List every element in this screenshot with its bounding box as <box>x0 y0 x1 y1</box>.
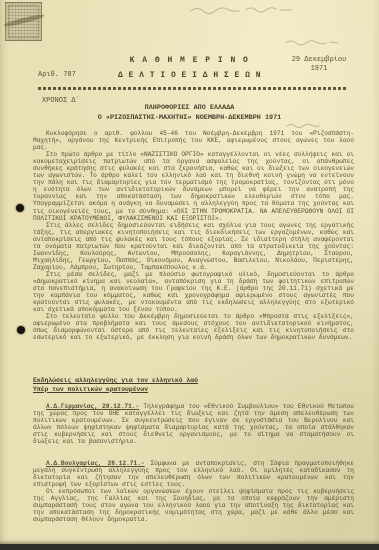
paragraph-1: Κυκλοφόρησε ο αριθ. φύλλου 45-46 του Νοέ… <box>33 130 354 151</box>
dateline-lead: Λ.Δ.Γερμανίας, 28.12.71.- <box>46 403 139 410</box>
paragraph-3: Στις άλλες σελίδες δημοσιεύονται ειδήσει… <box>33 222 354 271</box>
pencil-annotation-top <box>188 3 298 17</box>
stamp-signature-mark <box>3 13 45 28</box>
subheading-line2: Υπέρ των πολιτικών κρατουμένων <box>33 386 198 395</box>
document-title: ΠΛΗΡΟΦΟΡΙΕΣ ΑΠΟ ΕΛΛΑΔΑ Ο «ΡΙΖΟΣΠΑΣΤΗΣ-ΜΑ… <box>0 103 379 123</box>
date-block: 29 Δεκεμβρίου 1971 <box>286 56 352 73</box>
dateline-lead: Λ.Δ.Βουλγαρίας, 28.12.71.- <box>46 460 145 467</box>
scan-edge-bottom <box>0 544 379 550</box>
news-item-bulgaria: Λ.Δ.Βουλγαρίας, 28.12.71.- Σύμφωνα με αν… <box>33 460 354 523</box>
archive-stamp <box>5 2 42 41</box>
news-item-germany: Λ.Δ.Γερμανίας, 28.12.71.- Τηλεγράφημα το… <box>33 403 354 445</box>
closing-paragraph: Οι εκπρόσωποι των λαϊκών οργανώσεων έχου… <box>33 488 354 523</box>
scanned-bulletin-page: Αριθ. 787 ΧΡΟΝΟΣ Δ΄ Κ Α Θ Η Μ Ε Ρ Ι Ν Ο … <box>0 0 379 550</box>
news-paragraph: Λ.Δ.Γερμανίας, 28.12.71.- Τηλεγράφημα το… <box>33 403 354 445</box>
title-line1: ΠΛΗΡΟΦΟΡΙΕΣ ΑΠΟ ΕΛΛΑΔΑ <box>0 103 379 113</box>
punch-hole-bottom <box>17 326 25 334</box>
news-paragraph: Λ.Δ.Βουλγαρίας, 28.12.71.- Σύμφωνα με αν… <box>33 460 354 488</box>
paragraph-4: Στις μέσα σελίδες, μαζί με πλούσιο φωτογ… <box>33 271 354 313</box>
dashed-rule <box>38 87 346 90</box>
paragraph-2: Στο πρώτο άρθρο με τίτλο «ΝΑΖΙΣΤΙΚΟ ΟΡΓΙ… <box>33 151 354 221</box>
subheading-line1: Εκδηλώσεις αλληλεγγύης για τον ελληνικό … <box>33 377 198 386</box>
pencil-annotation-date <box>282 36 342 48</box>
dateline-text: Τηλεγράφημα του «Εθνικού Συμβουλίου» του… <box>33 403 354 445</box>
section-subheading: Εκδηλώσεις αλληλεγγύης για τον ελληνικό … <box>33 377 198 394</box>
paragraph-5: Στο τελευταίο φύλλο του Δεκέμβρη δημοσιε… <box>33 313 354 341</box>
date-line1: 29 Δεκεμβρίου <box>286 56 352 65</box>
body-text: Κυκλοφόρησε ο αριθ. φύλλου 45-46 του Νοέ… <box>33 130 354 341</box>
title-line2: Ο «ΡΙΖΟΣΠΑΣΤΗΣ-ΜΑΧΗΤΗΣ» ΝΟΕΜΒΡΗ-ΔΕΚΕΜΒΡΗ… <box>0 113 379 123</box>
date-line2: 1971 <box>286 65 352 74</box>
punch-hole-top <box>16 204 24 212</box>
